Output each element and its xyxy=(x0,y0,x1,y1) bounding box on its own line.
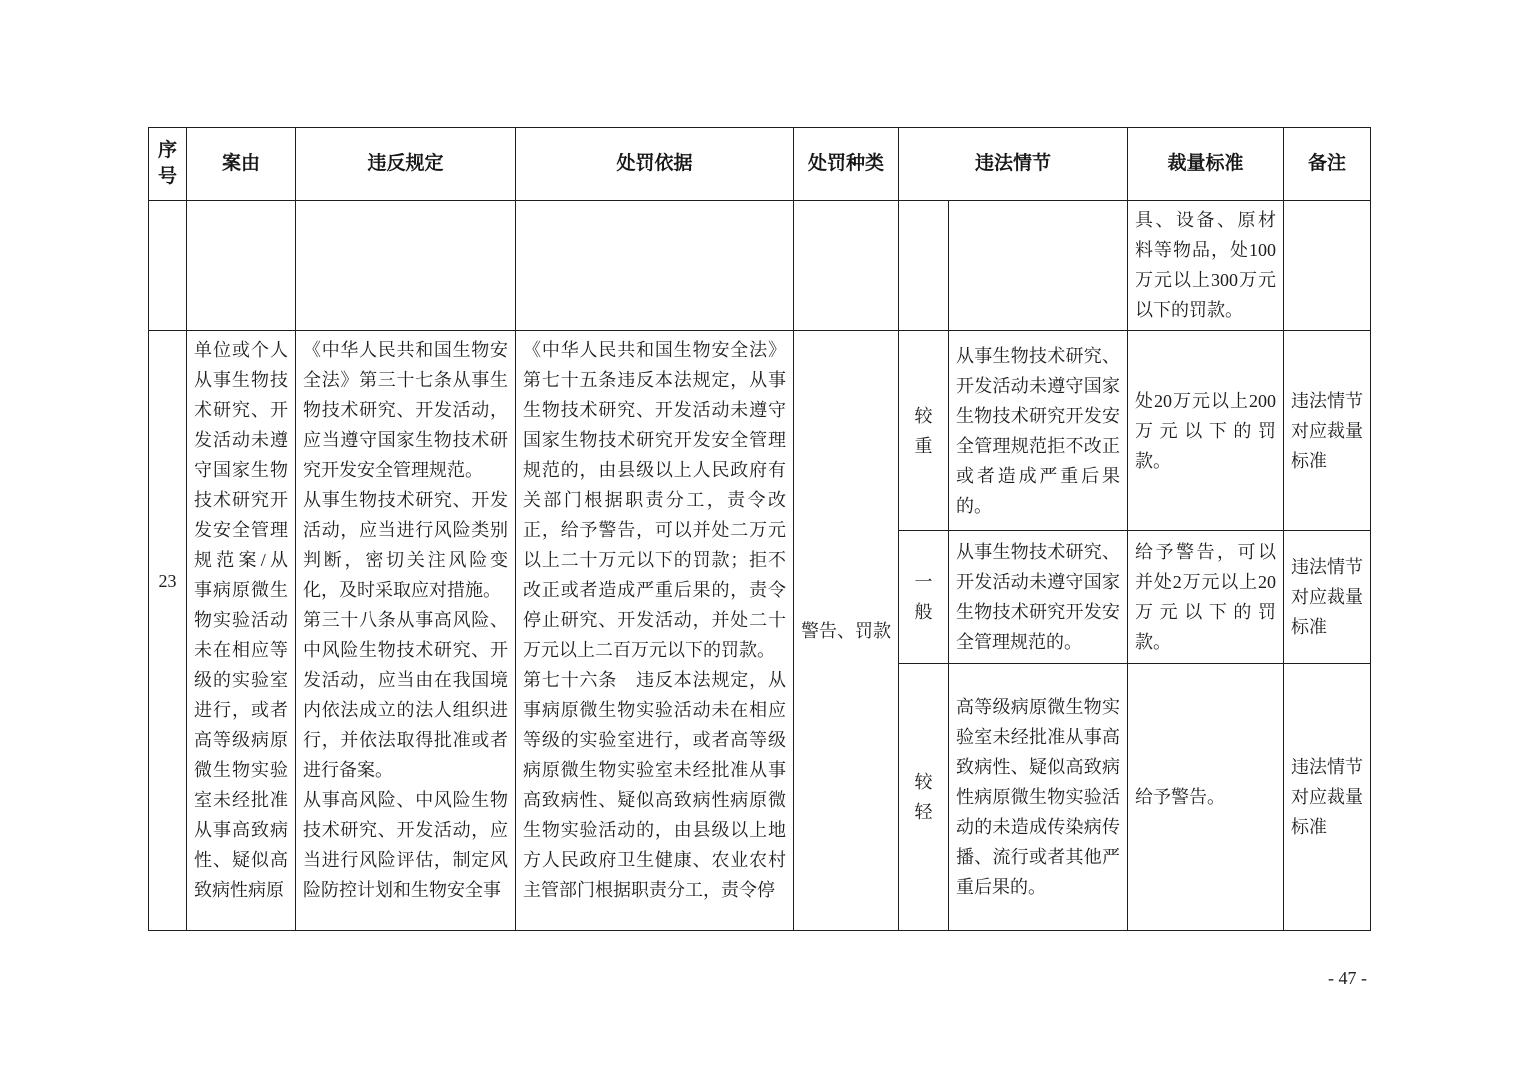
remark-cell-general: 违法情节对应裁量标准 xyxy=(1284,531,1371,664)
col-header-cause: 案由 xyxy=(187,128,296,201)
violated-provision-paragraph: 第三十八条从事高风险、中风险生物技术研究、开发活动，应当由在我国境内依法成立的法… xyxy=(303,605,508,785)
carryover-row: 具、设备、原材料等物品，处100万元以上300万元以下的罚款。 xyxy=(149,201,1371,331)
case-penalty-basis-cell: 《中华人民共和国生物安全法》第七十五条违反本法规定，从事生物技术研究、开发活动未… xyxy=(516,331,794,931)
col-header-penalty-basis: 处罚依据 xyxy=(516,128,794,201)
carryover-serial-cell xyxy=(149,201,187,331)
severity-cell-minor: 较轻 xyxy=(899,664,949,931)
penalty-discretion-table: 序号 案由 违反规定 处罚依据 处罚种类 违法情节 裁量标准 备注 具、设备、原… xyxy=(148,127,1371,931)
col-header-illegal-circumstance: 违法情节 xyxy=(899,128,1128,201)
col-header-serial: 序号 xyxy=(149,128,187,201)
circumstance-cell-minor: 高等级病原微生物实验室未经批准从事高致病性、疑似高致病性病原微生物实验活动的未造… xyxy=(949,664,1128,931)
carryover-discretion-text: 具、设备、原材料等物品，处100万元以上300万元以下的罚款。 xyxy=(1135,205,1276,325)
carryover-penalty-basis-cell xyxy=(516,201,794,331)
case-cause-cell: 单位或个人从事生物技术研究、开发活动未遵守国家生物技术研究开发安全管理规范案/从… xyxy=(187,331,296,931)
case-serial-cell: 23 xyxy=(149,331,187,931)
case-violated-provision-cell: 《中华人民共和国生物安全法》第三十七条从事生物技术研究、开发活动，应当遵守国家生… xyxy=(296,331,516,931)
severity-cell-severe: 较重 xyxy=(899,331,949,531)
remark-cell-minor: 违法情节对应裁量标准 xyxy=(1284,664,1371,931)
violated-provision-paragraph: 从事生物技术研究、开发活动，应当进行风险类别判断，密切关注风险变化，及时采取应对… xyxy=(303,485,508,605)
carryover-remark-cell xyxy=(1284,201,1371,331)
case-row-23-severe: 23 单位或个人从事生物技术研究、开发活动未遵守国家生物技术研究开发安全管理规范… xyxy=(149,331,1371,531)
carryover-circumstance-cell xyxy=(949,201,1128,331)
header-row: 序号 案由 违反规定 处罚依据 处罚种类 违法情节 裁量标准 备注 xyxy=(149,128,1371,201)
penalty-basis-paragraph: 第七十六条 违反本法规定，从事病原微生物实验活动未在相应等级的实验室进行，或者高… xyxy=(523,665,786,905)
circumstance-cell-severe: 从事生物技术研究、开发活动未遵守国家生物技术研究开发安全管理规范拒不改正或者造成… xyxy=(949,331,1128,531)
carryover-severity-cell xyxy=(899,201,949,331)
carryover-cause-cell xyxy=(187,201,296,331)
carryover-violated-provision-cell xyxy=(296,201,516,331)
col-header-penalty-type: 处罚种类 xyxy=(794,128,899,201)
document-page: 序号 案由 违反规定 处罚依据 处罚种类 违法情节 裁量标准 备注 具、设备、原… xyxy=(0,0,1520,1074)
discretion-cell-severe: 处20万元以上200万元以下的罚款。 xyxy=(1128,331,1284,531)
penalty-basis-paragraph: 《中华人民共和国生物安全法》第七十五条违反本法规定，从事生物技术研究、开发活动未… xyxy=(523,335,786,665)
severity-cell-general: 一般 xyxy=(899,531,949,664)
circumstance-cell-general: 从事生物技术研究、开发活动未遵守国家生物技术研究开发安全管理规范的。 xyxy=(949,531,1128,664)
discretion-cell-general: 给予警告，可以并处2万元以上20万元以下的罚款。 xyxy=(1128,531,1284,664)
case-penalty-type-cell: 警告、罚款 xyxy=(794,331,899,931)
carryover-penalty-type-cell xyxy=(794,201,899,331)
page-number: - 47 - xyxy=(1287,968,1367,989)
remark-cell-severe: 违法情节对应裁量标准 xyxy=(1284,331,1371,531)
col-header-violated-provision: 违反规定 xyxy=(296,128,516,201)
carryover-discretion-cell: 具、设备、原材料等物品，处100万元以上300万元以下的罚款。 xyxy=(1128,201,1284,331)
discretion-cell-minor: 给予警告。 xyxy=(1128,664,1284,931)
violated-provision-paragraph: 《中华人民共和国生物安全法》第三十七条从事生物技术研究、开发活动，应当遵守国家生… xyxy=(303,335,508,485)
col-header-remark: 备注 xyxy=(1284,128,1371,201)
violated-provision-paragraph: 从事高风险、中风险生物技术研究、开发活动，应当进行风险评估，制定风险防控计划和生… xyxy=(303,785,508,905)
col-header-discretion-standard: 裁量标准 xyxy=(1128,128,1284,201)
